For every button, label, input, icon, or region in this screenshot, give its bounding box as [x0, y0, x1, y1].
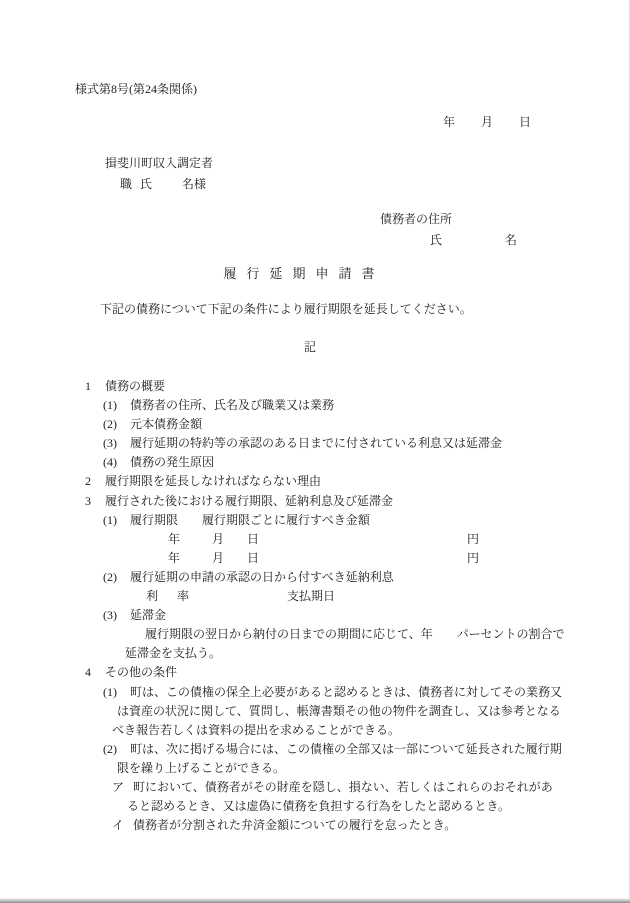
list-item: (1)債務者の住所、氏名及び職業又は業務 — [0, 396, 630, 415]
item-number: (2) — [103, 568, 130, 587]
due-date-label: 支払期日 — [287, 589, 335, 603]
month-label: 月 — [212, 551, 224, 565]
intro-sentence: 下記の債務について下記の条件により履行期限を延長してください。 — [100, 303, 472, 315]
date-year-label: 年 — [443, 116, 455, 128]
item-number: 2 — [85, 472, 105, 491]
item-number: 4 — [85, 663, 105, 682]
item-number: (3) — [103, 434, 130, 453]
yen-label: 円 — [467, 530, 479, 549]
debtor-name-left-label: 氏 — [430, 234, 442, 246]
conditions-list: 1債務の概要 (1)債務者の住所、氏名及び職業又は業務 (2)元本債務金額 (3… — [0, 377, 630, 835]
item-number: (2) — [103, 415, 130, 434]
item-text: 債務の概要 — [105, 379, 165, 393]
list-item: (2)町は、次に掲げる場合には、この債権の全部又は一部について延長された履行期 — [0, 740, 630, 759]
item-text: 履行延期の申請の承認の日から付すべき延納利息 — [130, 570, 394, 584]
debtor-address-label: 債務者の住所 — [380, 213, 452, 225]
item-text: 債務者が分割された弁済金額についての履行を怠ったとき。 — [133, 818, 456, 832]
date-month-label: 月 — [481, 116, 493, 128]
item-number: (1) — [103, 683, 130, 702]
item-number: 1 — [85, 377, 105, 396]
list-item: 1債務の概要 — [0, 377, 630, 396]
item-text: 債務者の住所、氏名及び職業又は業務 — [130, 398, 334, 412]
payment-date-blank-row: 年月日円 — [0, 530, 630, 549]
yen-label: 円 — [467, 549, 479, 568]
list-item: (3)延滞金 — [0, 606, 630, 625]
list-item: 2履行期限を延長しなければならない理由 — [0, 472, 630, 491]
item-number: (1) — [103, 396, 130, 415]
item-text: 元本債務金額 — [130, 417, 202, 431]
addressee-mei-label: 名様 — [182, 178, 206, 190]
page-title: 履行延期申請書 — [0, 267, 608, 280]
list-item: 3履行された後における履行期限、延納利息及び延滞金 — [0, 492, 630, 511]
list-item: 4その他の条件 — [0, 663, 630, 682]
rate-label-left: 利 — [146, 589, 158, 603]
item-letter: イ — [112, 816, 133, 835]
list-item: (1)履行期限 履行期限ごとに履行すべき金額 — [0, 511, 630, 530]
item-text: 履行された後における履行期限、延納利息及び延滞金 — [105, 494, 393, 508]
item-number: (2) — [103, 740, 130, 759]
day-label: 日 — [247, 551, 259, 565]
item-text: 履行期限 履行期限ごとに履行すべき金額 — [130, 513, 370, 527]
continuation-line: ると認めるとき、又は虚偽に債務を負担する行為をしたと認めるとき。 — [0, 797, 630, 816]
item-text: 町は、この債権の保全上必要があると認めるときは、債務者に対してその業務又 — [130, 685, 562, 699]
continuation-line: 履行期限の翌日から納付の日までの期間に応じて、年 パーセントの割合で — [0, 625, 630, 644]
item-number: (1) — [103, 511, 130, 530]
list-item: (2)元本債務金額 — [0, 415, 630, 434]
form-number: 様式第8号(第24条関係) — [75, 83, 197, 95]
list-item: (4)債務の発生原因 — [0, 453, 630, 472]
list-item: (1)町は、この債権の保全上必要があると認めるときは、債務者に対してその業務又 — [0, 683, 630, 702]
year-label: 年 — [168, 532, 180, 546]
payment-date-blank-row: 年月日円 — [0, 549, 630, 568]
item-text: 履行期限を延長しなければならない理由 — [105, 474, 321, 488]
list-item: ア町において、債務者がその財産を隠し、損ない、若しくはこれらのおそれがあ — [0, 778, 630, 797]
date-day-label: 日 — [519, 116, 531, 128]
addressee-post-label: 職 — [120, 178, 132, 190]
ki-heading: 記 — [0, 341, 620, 353]
item-text: 債務の発生原因 — [130, 455, 214, 469]
item-text: 延滞金 — [130, 608, 166, 622]
document-page: { "header": { "form_number": "様式第8号(第24条… — [0, 0, 630, 903]
item-text: 履行延期の特約等の承認のある日までに付されている利息又は延滞金 — [130, 436, 502, 450]
day-label: 日 — [247, 532, 259, 546]
addressee-line: 揖斐川町収入調定者 — [105, 157, 213, 169]
item-text: その他の条件 — [105, 665, 177, 679]
debtor-name-right-label: 名 — [505, 234, 517, 246]
list-item: (2)履行延期の申請の承認の日から付すべき延納利息 — [0, 568, 630, 587]
item-number: 3 — [85, 492, 105, 511]
rate-label-right: 率 — [177, 589, 189, 603]
scan-edge-bottom — [0, 898, 630, 903]
interest-rate-row: 利率支払期日 — [0, 587, 630, 606]
item-text: 町は、次に掲げる場合には、この債権の全部又は一部について延長された履行期 — [130, 742, 562, 756]
month-label: 月 — [212, 532, 224, 546]
continuation-line: は資産の状況に関して、質問し、帳簿書類その他の物件を調査し、又は参考となる — [0, 702, 630, 721]
continuation-line: 限を繰り上げることができる。 — [0, 759, 630, 778]
item-text: 町において、債務者がその財産を隠し、損ない、若しくはこれらのおそれがあ — [133, 780, 553, 794]
addressee-sei-label: 氏 — [140, 178, 152, 190]
item-letter: ア — [112, 778, 133, 797]
continuation-line: べき報告若しくは資料の提出を求めることができる。 — [0, 721, 630, 740]
year-label: 年 — [168, 551, 180, 565]
item-number: (4) — [103, 453, 130, 472]
list-item: イ債務者が分割された弁済金額についての履行を怠ったとき。 — [0, 816, 630, 835]
continuation-line: 延滞金を支払う。 — [0, 644, 630, 663]
list-item: (3)履行延期の特約等の承認のある日までに付されている利息又は延滞金 — [0, 434, 630, 453]
item-number: (3) — [103, 606, 130, 625]
